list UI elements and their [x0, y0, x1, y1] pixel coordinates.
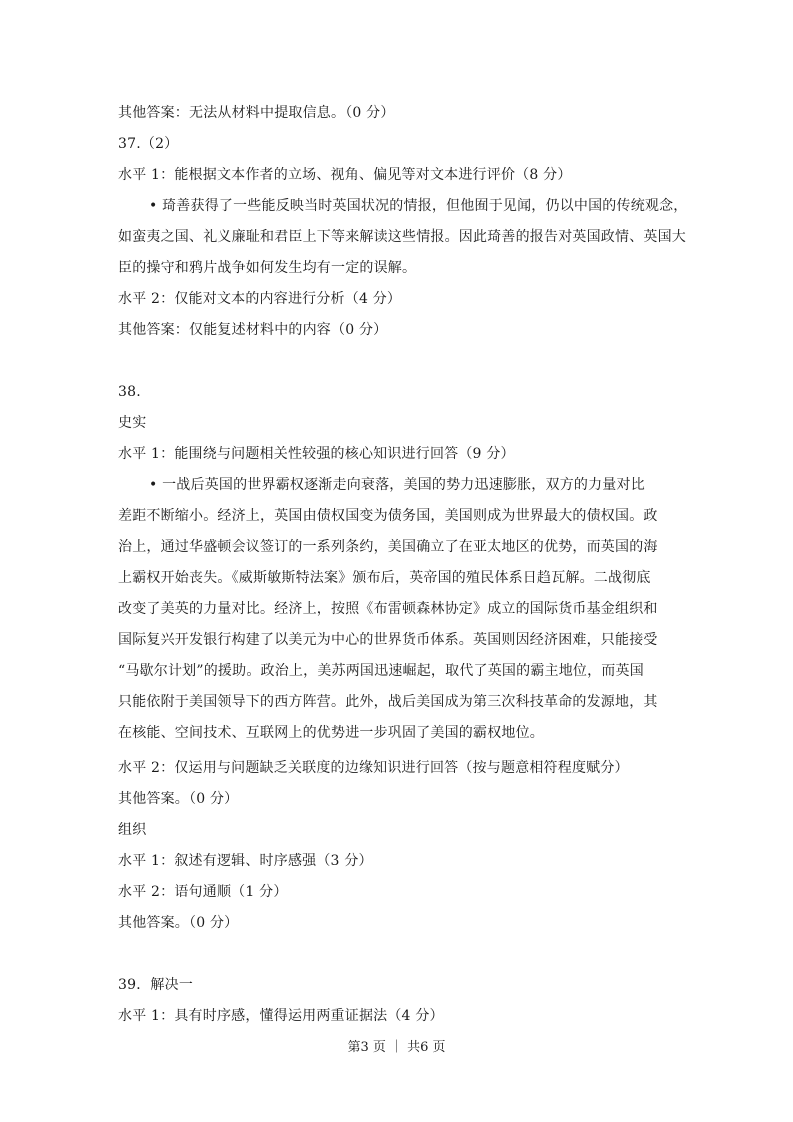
answer-text-line: 改变了美英的力量对比。经济上，按照《布雷顿森林协定》成立的国际货币基金组织和: [118, 599, 658, 619]
answer-text-line: “马歇尔计划”的援助。政治上，美苏两国迅速崛起，取代了英国的霸主地位，而英国: [118, 661, 644, 681]
answer-text-line: 如蛮夷之国、礼义廉耻和君臣上下等来解读这些情报。因此琦善的报告对英国政情、英国大: [118, 227, 686, 247]
level-criterion: 水平 2：仅能对文本的内容进行分析（4 分）: [118, 289, 401, 309]
answer-text-line: 在核能、空间技术、互联网上的优势进一步巩固了美国的霸权地位。: [118, 723, 544, 743]
answer-text-line: 上霸权开始丧失。《威斯敏斯特法案》颁布后，英帝国的殖民体系日趋瓦解。二战彻底: [118, 568, 651, 588]
answer-bullet-line: • 一战后英国的世界霸权逐渐走向衰落，美国的势力迅速膨胀，双方的力量对比: [149, 475, 645, 495]
page-footer: 第3 页 ｜ 共6 页: [0, 1039, 793, 1057]
answer-line: 其他答案。（0 分）: [118, 789, 238, 809]
answer-line: 其他答案。（0 分）: [118, 913, 238, 933]
section-heading: 史实: [118, 413, 146, 433]
answer-line: 其他答案：无法从材料中提取信息。（0 分）: [118, 103, 395, 123]
answer-text-line: 臣的操守和鸦片战争如何发生均有一定的误解。: [118, 258, 416, 278]
level-criterion: 水平 1：具有时序感，懂得运用两重证据法（4 分）: [118, 1006, 444, 1026]
level-criterion: 水平 2：语句通顺（1 分）: [118, 882, 288, 902]
section-heading: 组织: [118, 820, 146, 840]
answer-text-line: 只能依附于美国领导下的西方阵营。此外，战后美国成为第三次科技革命的发源地，其: [118, 692, 658, 712]
answer-text-line: 国际复兴开发银行构建了以美元为中心的世界货币体系。英国则因经济困难，只能接受: [118, 630, 658, 650]
level-criterion: 水平 1：能围绕与问题相关性较强的核心知识进行回答（9 分）: [118, 444, 515, 464]
question-number: 39．解决一: [118, 975, 193, 995]
answer-text-line: 差距不断缩小。经济上，英国由债权国变为债务国，美国则成为世界最大的债权国。政: [118, 506, 658, 526]
answer-text-line: 治上，通过华盛顿会议签订的一系列条约，美国确立了在亚太地区的优势，而英国的海: [118, 537, 658, 557]
level-criterion: 水平 1：叙述有逻辑、时序感强（3 分）: [118, 851, 373, 871]
question-number: 37.（2）: [118, 134, 178, 154]
answer-line: 其他答案：仅能复述材料中的内容（0 分）: [118, 320, 387, 340]
document-page: 其他答案：无法从材料中提取信息。（0 分） 37.（2） 水平 1：能根据文本作…: [0, 0, 793, 1122]
question-number: 38.: [118, 382, 141, 402]
answer-bullet-line: • 琦善获得了一些能反映当时英国状况的情报，但他囿于见闻，仍以中国的传统观念，: [149, 196, 688, 216]
level-criterion: 水平 2：仅运用与问题缺乏关联度的边缘知识进行回答（按与题意相符程度赋分）: [118, 758, 629, 778]
level-criterion: 水平 1：能根据文本作者的立场、视角、偏见等对文本进行评价（8 分）: [118, 165, 572, 185]
